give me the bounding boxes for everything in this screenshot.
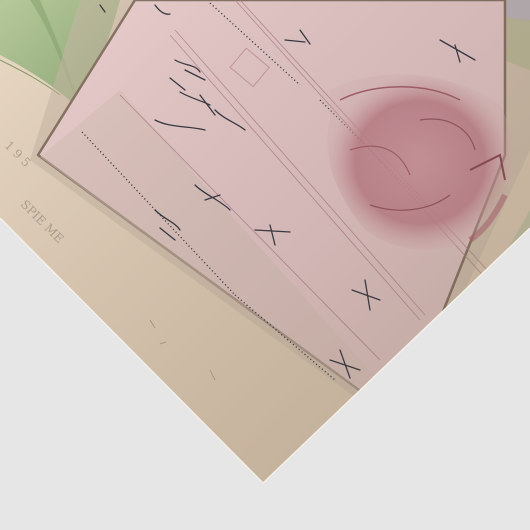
- product-photo: 1 9 5 SPIE ME Decorative paper with an a…: [0, 0, 530, 530]
- paper-illustration: 1 9 5 SPIE ME: [0, 0, 530, 530]
